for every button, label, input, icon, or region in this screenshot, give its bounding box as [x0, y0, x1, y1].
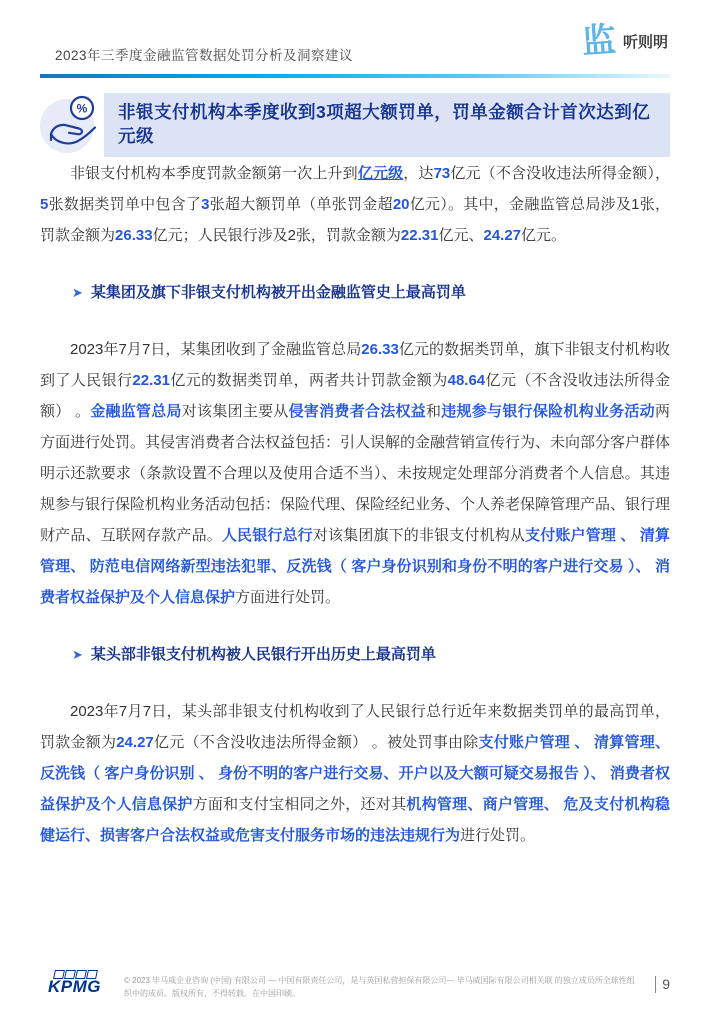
banner-headline: 非银支付机构本季度收到3项超大额罚单，罚单金额合计首次达到亿元级	[104, 93, 670, 157]
report-page: 2023年三季度金融监管数据处罚分析及洞察建议 监 听则明 % 非银支付机构本季…	[0, 0, 710, 1025]
page-footer: KPMG © 2023 毕马威企业咨询 (中国) 有限公司 — 中国有限责任公司…	[48, 968, 670, 1000]
sub-heading-head-institution-fine: ➤ 某头部非银支付机构被人民银行开出历史上最高罚单	[72, 639, 670, 670]
section-banner: % 非银支付机构本季度收到3项超大额罚单，罚单金额合计首次达到亿元级	[40, 93, 670, 157]
header-gradient-rule	[40, 74, 670, 78]
jian-seal-logo-icon: 监	[581, 23, 617, 59]
arrow-bullet-icon: ➤	[72, 639, 83, 670]
paragraph-head-institution-detail: 2023年7月7日，某头部非银支付机构收到了人民银行总行近年来数据类罚单的最高罚…	[40, 696, 670, 851]
copyright-text: © 2023 毕马威企业咨询 (中国) 有限公司 — 中国有限责任公司，是与英国…	[124, 968, 641, 1000]
kpmg-logo: KPMG	[48, 968, 110, 997]
sub-heading-label: 某头部非银支付机构被人民银行开出历史上最高罚单	[91, 639, 436, 670]
article-body: 非银支付机构本季度罚款金额第一次上升到亿元级，达73亿元（不含没收违法所得金额）…	[40, 158, 670, 851]
svg-text:%: %	[77, 102, 88, 116]
hand-percent-icon: %	[44, 93, 104, 153]
page-number: 9	[655, 976, 670, 993]
sub-heading-group-fine: ➤ 某集团及旗下非银支付机构被开出金融监管史上最高罚单	[72, 277, 670, 308]
arrow-bullet-icon: ➤	[72, 277, 83, 308]
brand-logo: 监 听则明	[582, 24, 668, 58]
percent-coin-in-hand-icon: %	[40, 93, 104, 157]
kpmg-logo-text: KPMG	[48, 977, 110, 997]
paragraph-summary: 非银支付机构本季度罚款金额第一次上升到亿元级，达73亿元（不含没收违法所得金额）…	[40, 158, 670, 251]
brand-logo-label: 听则明	[623, 31, 668, 52]
sub-heading-label: 某集团及旗下非银支付机构被开出金融监管史上最高罚单	[91, 277, 466, 308]
header-title: 2023年三季度金融监管数据处罚分析及洞察建议	[55, 44, 353, 64]
paragraph-group-fine-detail: 2023年7月7日，某集团收到了金融监管总局26.33亿元的数据类罚单，旗下非银…	[40, 334, 670, 613]
